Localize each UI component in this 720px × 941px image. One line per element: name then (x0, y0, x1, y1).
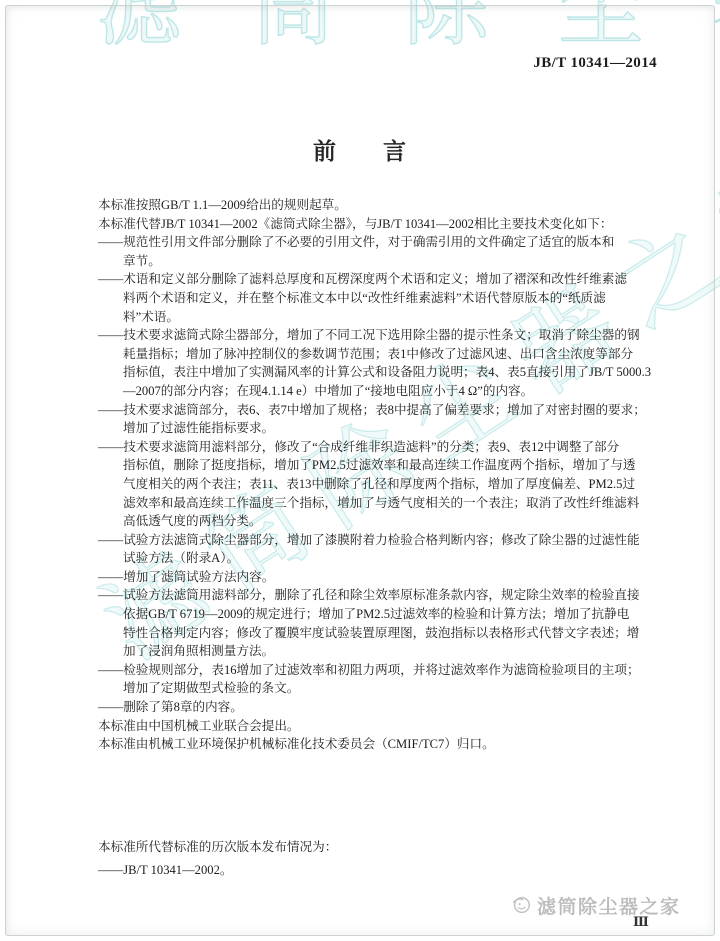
text-line: 加了浸润角照相测量方法。 (98, 642, 630, 661)
text-line: 指标值，删除了挺度指标，增加了PM2.5过滤效率和最高连续工作温度两个指标，增加… (98, 456, 630, 475)
text-line: 本标准按照GB/T 1.1—2009给出的规则起草。 (98, 196, 630, 215)
text-line: 特性合格判定内容；修改了覆膜牢度试验装置原理图，鼓泡指标以表格形式代替文字表述；… (98, 624, 630, 643)
text-line: 料”术语。 (98, 308, 630, 327)
text-line: ——规范性引用文件部分删除了不必要的引用文件，对于确需引用的文件确定了适宜的版本… (98, 233, 630, 252)
text-line: 料两个术语和定义，并在整个标准文本中以“改性纤维素滤料”术语代替原版本的“纸质滤 (98, 289, 630, 308)
page-title-char2: 言 (383, 138, 407, 164)
text-line: ——技术要求滤筒部分，表6、表7中增加了规格；表8中提高了偏差要求；增加了对密封… (98, 401, 630, 420)
text-line: 滤效率和最高连续工作温度三个指标，增加了与透气度相关的一个表注；取消了改性纤维滤… (98, 494, 630, 513)
page-title-char1: 前 (313, 138, 337, 164)
text-line: 气度相关的两个表注；表11、表13中删除了孔径和厚度两个指标，增加了厚度偏差、P… (98, 475, 630, 494)
text-line: 试验方法（附录A）。 (98, 549, 630, 568)
brand-logo-icon (510, 894, 532, 916)
text-line: ——试验方法滤筒式除尘器部分，增加了漆膜附着力检验合格判断内容；修改了除尘器的过… (98, 531, 630, 550)
brand-watermark: 滤筒除尘器之家 (510, 893, 681, 917)
text-line: ——删除了第8章的内容。 (98, 698, 630, 717)
brand-watermark-text: 滤筒除尘器之家 (537, 892, 681, 919)
text-line: 本标准代替JB/T 10341—2002《滤筒式除尘器》，与JB/T 10341… (98, 215, 630, 234)
page-title: 前言 (0, 133, 720, 166)
text-line: 指标值，表注中增加了实测漏风率的计算公式和设备阻力说明；表4、表5直接引用了JB… (98, 363, 630, 382)
text-line: ——术语和定义部分删除了滤料总厚度和瓦楞深度两个术语和定义；增加了褶深和改性纤维… (98, 270, 630, 289)
text-line: 本标准由机械工业环境保护机械标准化技术委员会（CMIF/TC7）归口。 (98, 735, 630, 754)
text-line: 本标准所代替标准的历次版本发布情况为： (98, 836, 337, 859)
text-line: 增加了过滤性能指标要求。 (98, 419, 630, 438)
watermark-top: 滤筒除尘器之家 (96, 0, 720, 62)
text-line: ——技术要求滤筒式除尘器部分，增加了不同工况下选用除尘器的提示性条文；取消了除尘… (98, 326, 630, 345)
page-number: Ⅲ (633, 914, 649, 930)
foreword-body: 本标准按照GB/T 1.1—2009给出的规则起草。本标准代替JB/T 1034… (98, 196, 630, 754)
text-line: ——增加了滤筒试验方法内容。 (98, 568, 630, 587)
text-line: ——技术要求滤筒用滤料部分，修改了“合成纤维非织造滤料”的分类；表9、表12中调… (98, 438, 630, 457)
text-line: —2007的部分内容；在现4.1.14 e）中增加了“接地电阻应小于4 Ω”的内… (98, 382, 630, 401)
text-line: ——试验方法滤筒用滤料部分，删除了孔径和除尘效率原标准条款内容，规定除尘效率的检… (98, 586, 630, 605)
text-line: 增加了定期做型式检验的条文。 (98, 679, 630, 698)
header-standard-code: JB/T 10341—2014 (533, 55, 657, 72)
text-line: ——检验规则部分，表16增加了过滤效率和初阻力两项，并将过滤效率作为滤筒检验项目… (98, 661, 630, 680)
text-line: 依据GB/T 6719—2009的规定进行；增加了PM2.5过滤效率的检验和计算… (98, 605, 630, 624)
text-line: 章节。 (98, 252, 630, 271)
text-line: 高低透气度的两档分类。 (98, 512, 630, 531)
previous-editions-block: 本标准所代替标准的历次版本发布情况为：——JB/T 10341—2002。 (98, 836, 337, 882)
text-line: ——JB/T 10341—2002。 (98, 859, 337, 882)
text-line: 耗量指标；增加了脉冲控制仪的参数调节范围；表1中修改了过滤风速、出口含尘浓度等部… (98, 345, 630, 364)
text-line: 本标准由中国机械工业联合会提出。 (98, 717, 630, 736)
